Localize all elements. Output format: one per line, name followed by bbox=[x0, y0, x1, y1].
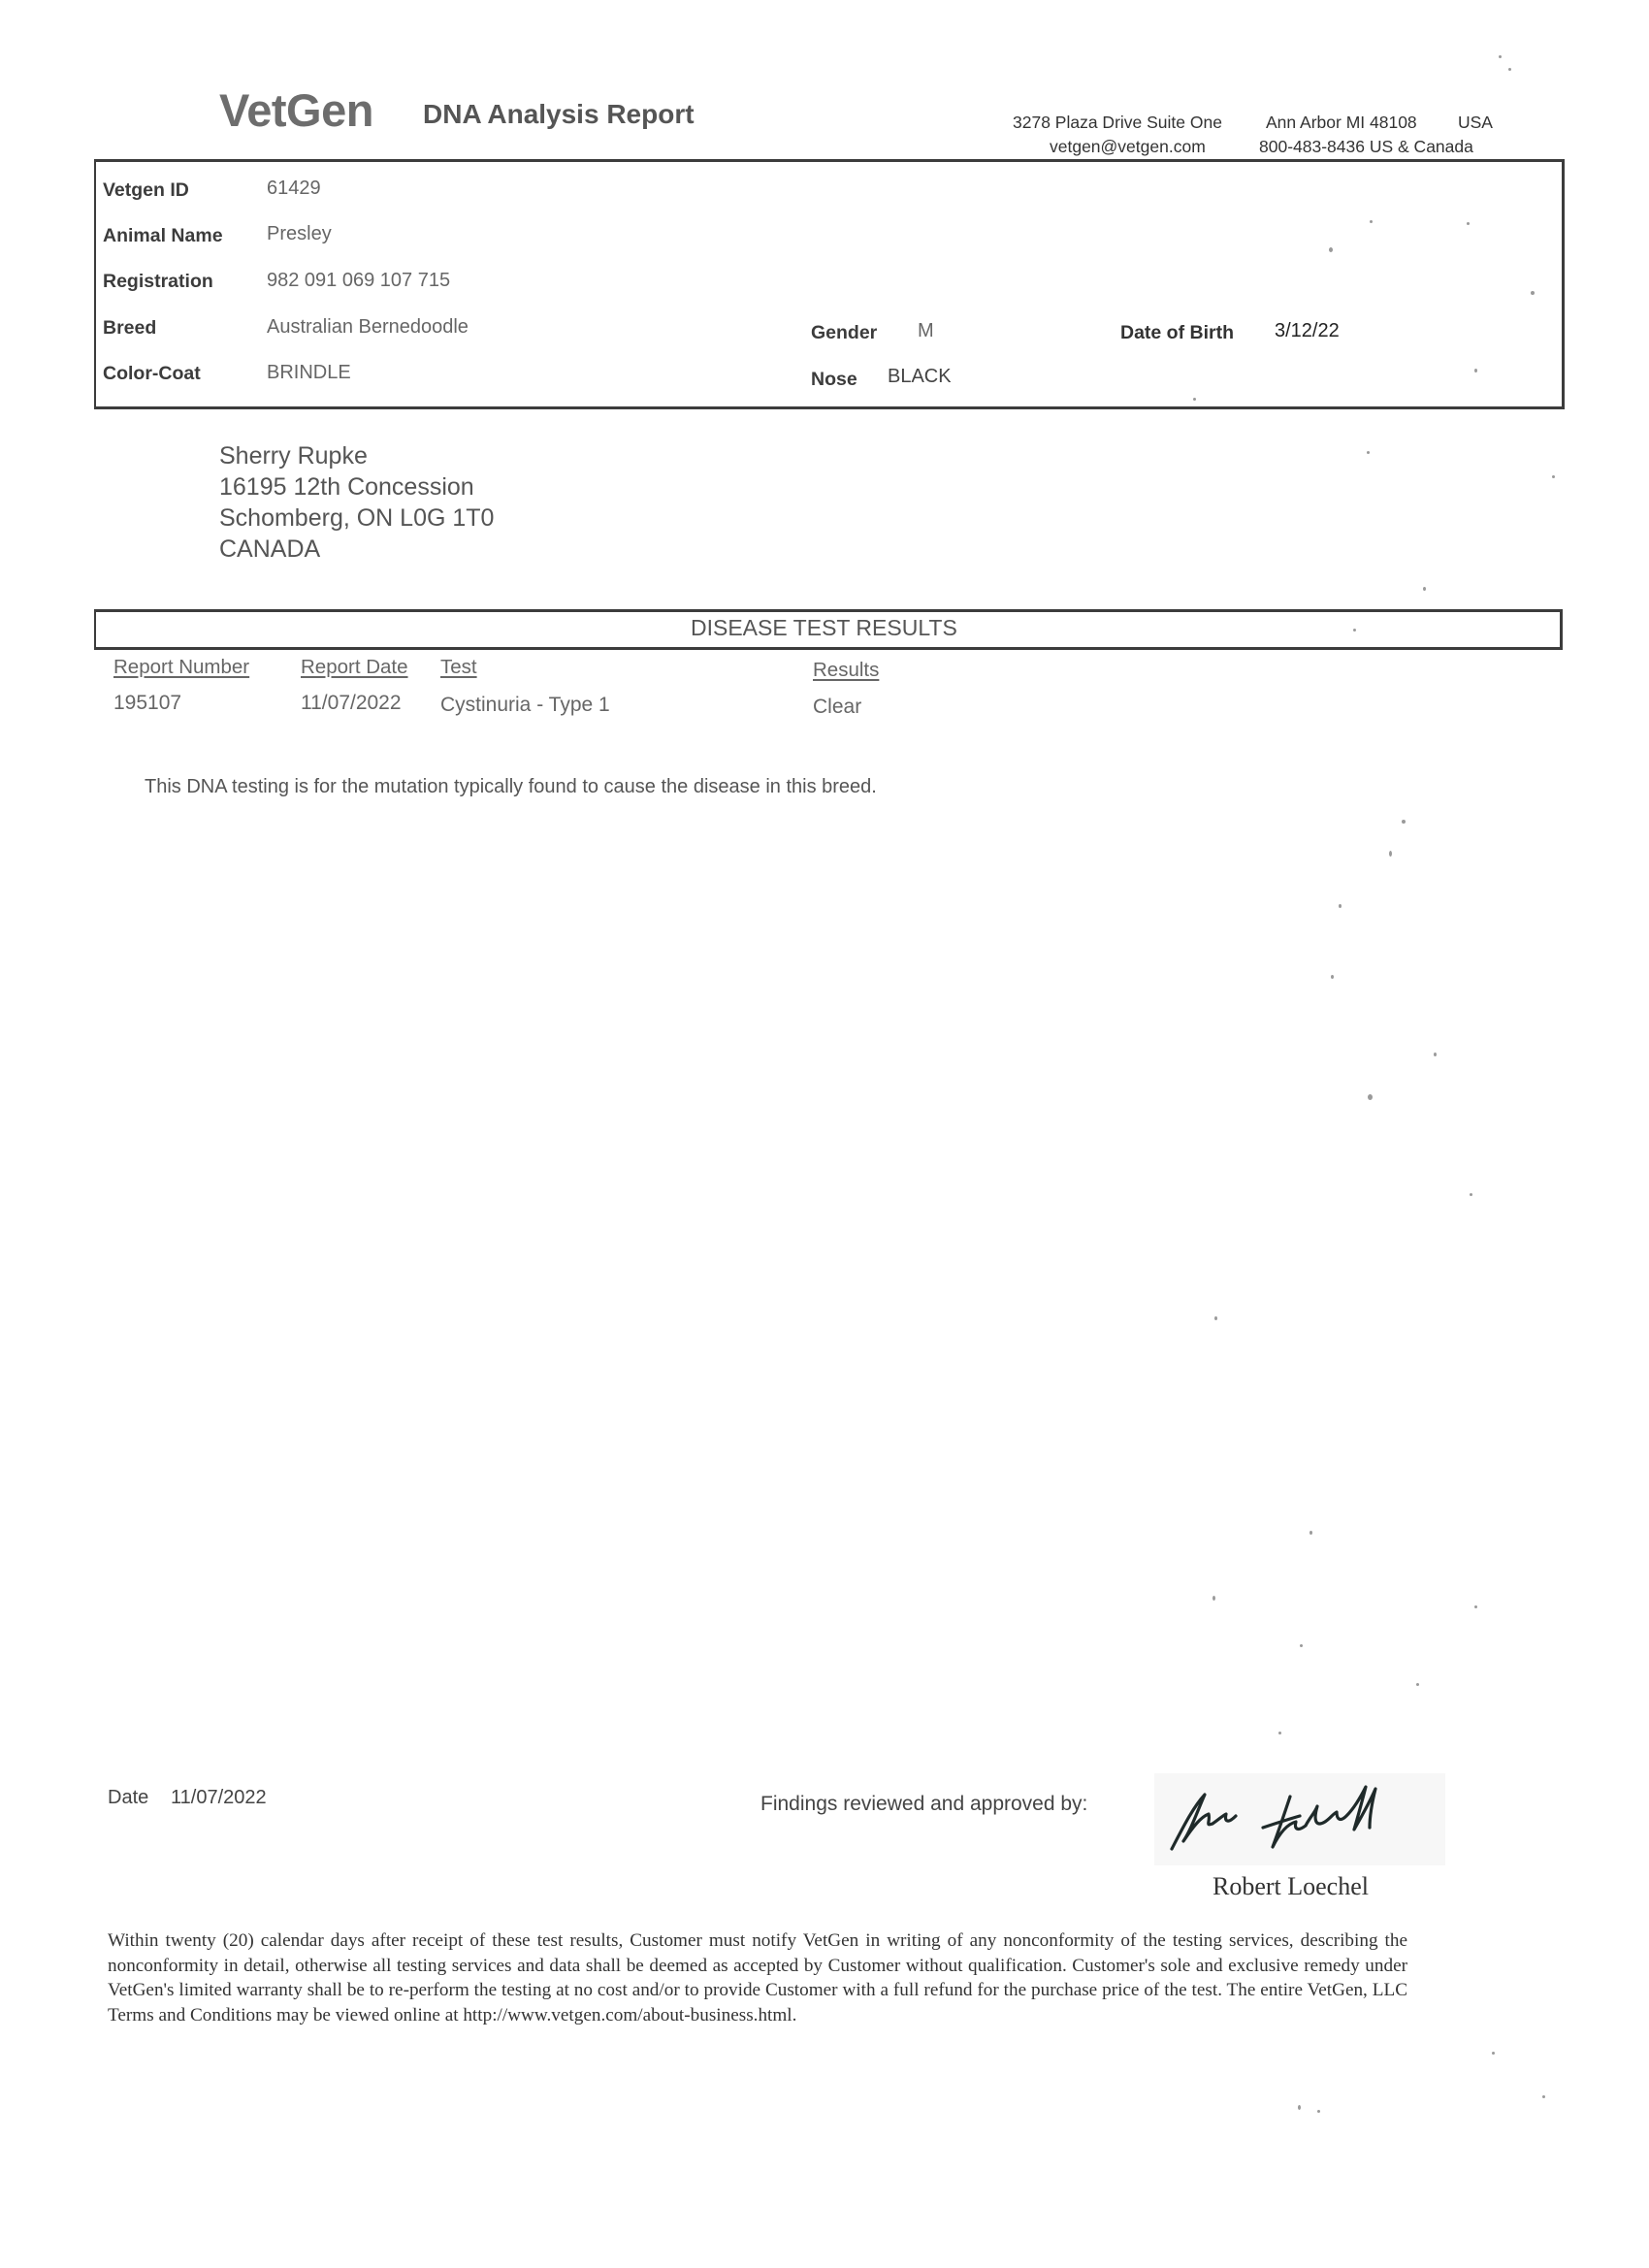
lab-country: USA bbox=[1458, 113, 1493, 133]
report-date-label: Date bbox=[108, 1787, 148, 1809]
date-of-birth-label: Date of Birth bbox=[1120, 322, 1234, 344]
testing-note: This DNA testing is for the mutation typ… bbox=[145, 776, 877, 798]
report-number-cell: 195107 bbox=[113, 692, 181, 715]
breed-label: Breed bbox=[103, 317, 156, 340]
column-header-results: Results bbox=[813, 659, 879, 682]
vetgen-id-value: 61429 bbox=[267, 178, 321, 200]
column-header-report-date: Report Date bbox=[301, 656, 408, 679]
owner-country: CANADA bbox=[219, 535, 320, 564]
lab-street-address: 3278 Plaza Drive Suite One bbox=[1013, 113, 1222, 133]
result-cell: Clear bbox=[813, 696, 861, 719]
owner-street: 16195 12th Concession bbox=[219, 473, 474, 502]
registration-label: Registration bbox=[103, 271, 213, 293]
signer-name: Robert Loechel bbox=[1212, 1872, 1369, 1901]
color-coat-label: Color-Coat bbox=[103, 363, 201, 385]
nose-value: BLACK bbox=[888, 366, 952, 388]
lab-phone: 800-483-8436 US & Canada bbox=[1259, 137, 1473, 157]
date-of-birth-value: 3/12/22 bbox=[1275, 320, 1340, 342]
test-cell: Cystinuria - Type 1 bbox=[440, 694, 610, 717]
signature-image bbox=[1154, 1773, 1445, 1865]
registration-value: 982 091 069 107 715 bbox=[267, 270, 450, 292]
approved-by-label: Findings reviewed and approved by: bbox=[760, 1793, 1087, 1816]
column-header-report-number: Report Number bbox=[113, 656, 249, 679]
color-coat-value: BRINDLE bbox=[267, 362, 351, 384]
gender-value: M bbox=[918, 320, 934, 342]
vetgen-id-label: Vetgen ID bbox=[103, 179, 189, 202]
owner-city: Schomberg, ON L0G 1T0 bbox=[219, 504, 494, 533]
gender-label: Gender bbox=[811, 322, 877, 344]
report-title: DNA Analysis Report bbox=[423, 99, 695, 130]
owner-name: Sherry Rupke bbox=[219, 442, 368, 470]
column-header-test: Test bbox=[440, 656, 477, 679]
report-date-cell: 11/07/2022 bbox=[301, 692, 402, 715]
lab-city: Ann Arbor MI 48108 bbox=[1266, 113, 1417, 133]
animal-name-label: Animal Name bbox=[103, 225, 223, 247]
breed-value: Australian Bernedoodle bbox=[267, 316, 469, 339]
disease-results-title: DISEASE TEST RESULTS bbox=[691, 615, 957, 641]
vetgen-logo: VetGen bbox=[219, 83, 373, 137]
lab-email: vetgen@vetgen.com bbox=[1050, 137, 1206, 157]
animal-name-value: Presley bbox=[267, 223, 332, 245]
signature-icon bbox=[1154, 1773, 1445, 1865]
disclaimer-text: Within twenty (20) calendar days after r… bbox=[108, 1928, 1407, 2027]
report-date-value: 11/07/2022 bbox=[171, 1787, 267, 1809]
nose-label: Nose bbox=[811, 369, 857, 391]
